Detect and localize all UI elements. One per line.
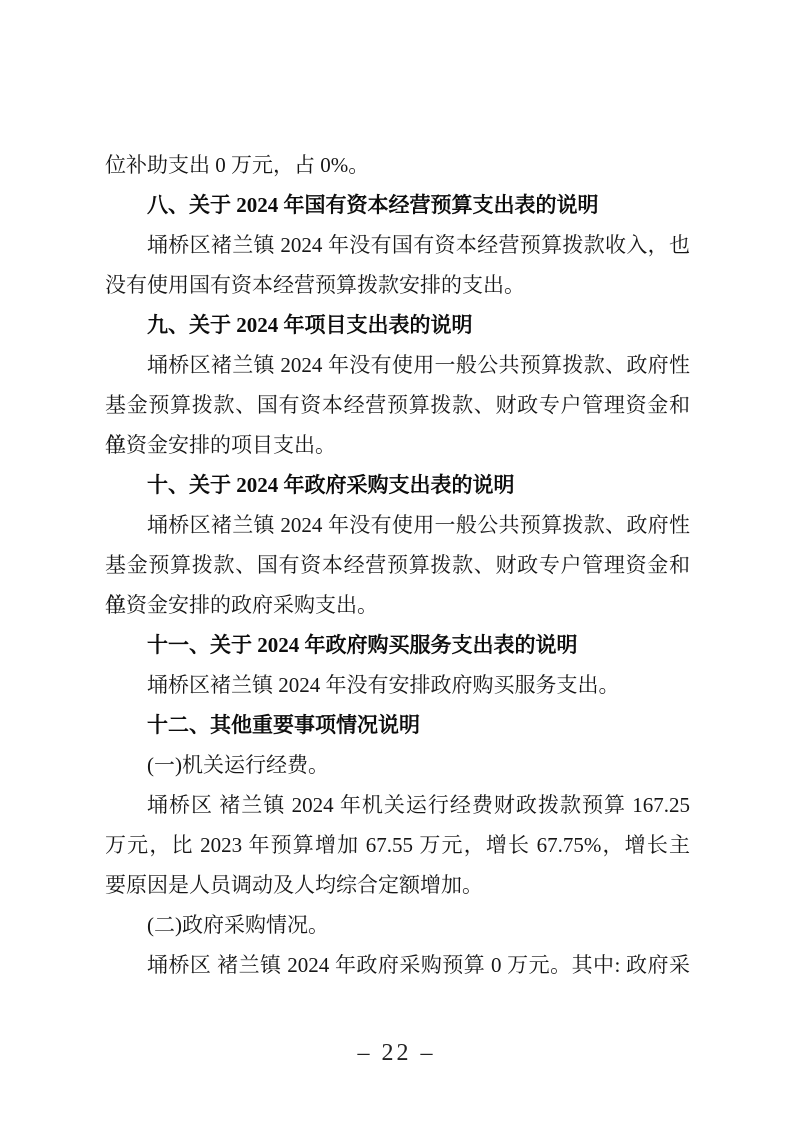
text-line: 位资金安排的政府采购支出。 <box>105 585 690 625</box>
text-line: 基金预算拨款、国有资本经营预算拨款、财政专户管理资金和单 <box>105 545 690 585</box>
document-page: 位补助支出 0 万元，占 0%。八、关于 2024 年国有资本经营预算支出表的说… <box>0 0 793 1122</box>
document-body: 位补助支出 0 万元，占 0%。八、关于 2024 年国有资本经营预算支出表的说… <box>105 145 690 985</box>
text-line: 埇桥区褚兰镇 2024 年没有使用一般公共预算拨款、政府性 <box>105 345 690 385</box>
text-line: 埇桥区 褚兰镇 2024 年政府采购预算 0 万元。其中: 政府采 <box>105 945 690 985</box>
text-line: 埇桥区 褚兰镇 2024 年机关运行经费财政拨款预算 167.25 <box>105 785 690 825</box>
section-heading: 九、关于 2024 年项目支出表的说明 <box>105 305 690 345</box>
section-heading: 十、关于 2024 年政府采购支出表的说明 <box>105 465 690 505</box>
text-line: 位资金安排的项目支出。 <box>105 425 690 465</box>
text-line: 要原因是人员调动及人均综合定额增加。 <box>105 865 690 905</box>
text-line: 埇桥区褚兰镇 2024 年没有国有资本经营预算拨款收入，也 <box>105 225 690 265</box>
page-footer: – 22 – <box>0 1036 793 1070</box>
section-heading: 十一、关于 2024 年政府购买服务支出表的说明 <box>105 625 690 665</box>
text-line: (二)政府采购情况。 <box>105 905 690 945</box>
text-line: 位补助支出 0 万元，占 0%。 <box>105 145 690 185</box>
text-line: 埇桥区褚兰镇 2024 年没有使用一般公共预算拨款、政府性 <box>105 505 690 545</box>
text-line: 没有使用国有资本经营预算拨款安排的支出。 <box>105 265 690 305</box>
text-line: 埇桥区褚兰镇 2024 年没有安排政府购买服务支出。 <box>105 665 690 705</box>
text-line: 万元，比 2023 年预算增加 67.55 万元，增长 67.75%，增长主 <box>105 825 690 865</box>
text-line: 基金预算拨款、国有资本经营预算拨款、财政专户管理资金和单 <box>105 385 690 425</box>
section-heading: 十二、其他重要事项情况说明 <box>105 705 690 745</box>
text-line: (一)机关运行经费。 <box>105 745 690 785</box>
section-heading: 八、关于 2024 年国有资本经营预算支出表的说明 <box>105 185 690 225</box>
page-number: – 22 – <box>358 1040 436 1066</box>
